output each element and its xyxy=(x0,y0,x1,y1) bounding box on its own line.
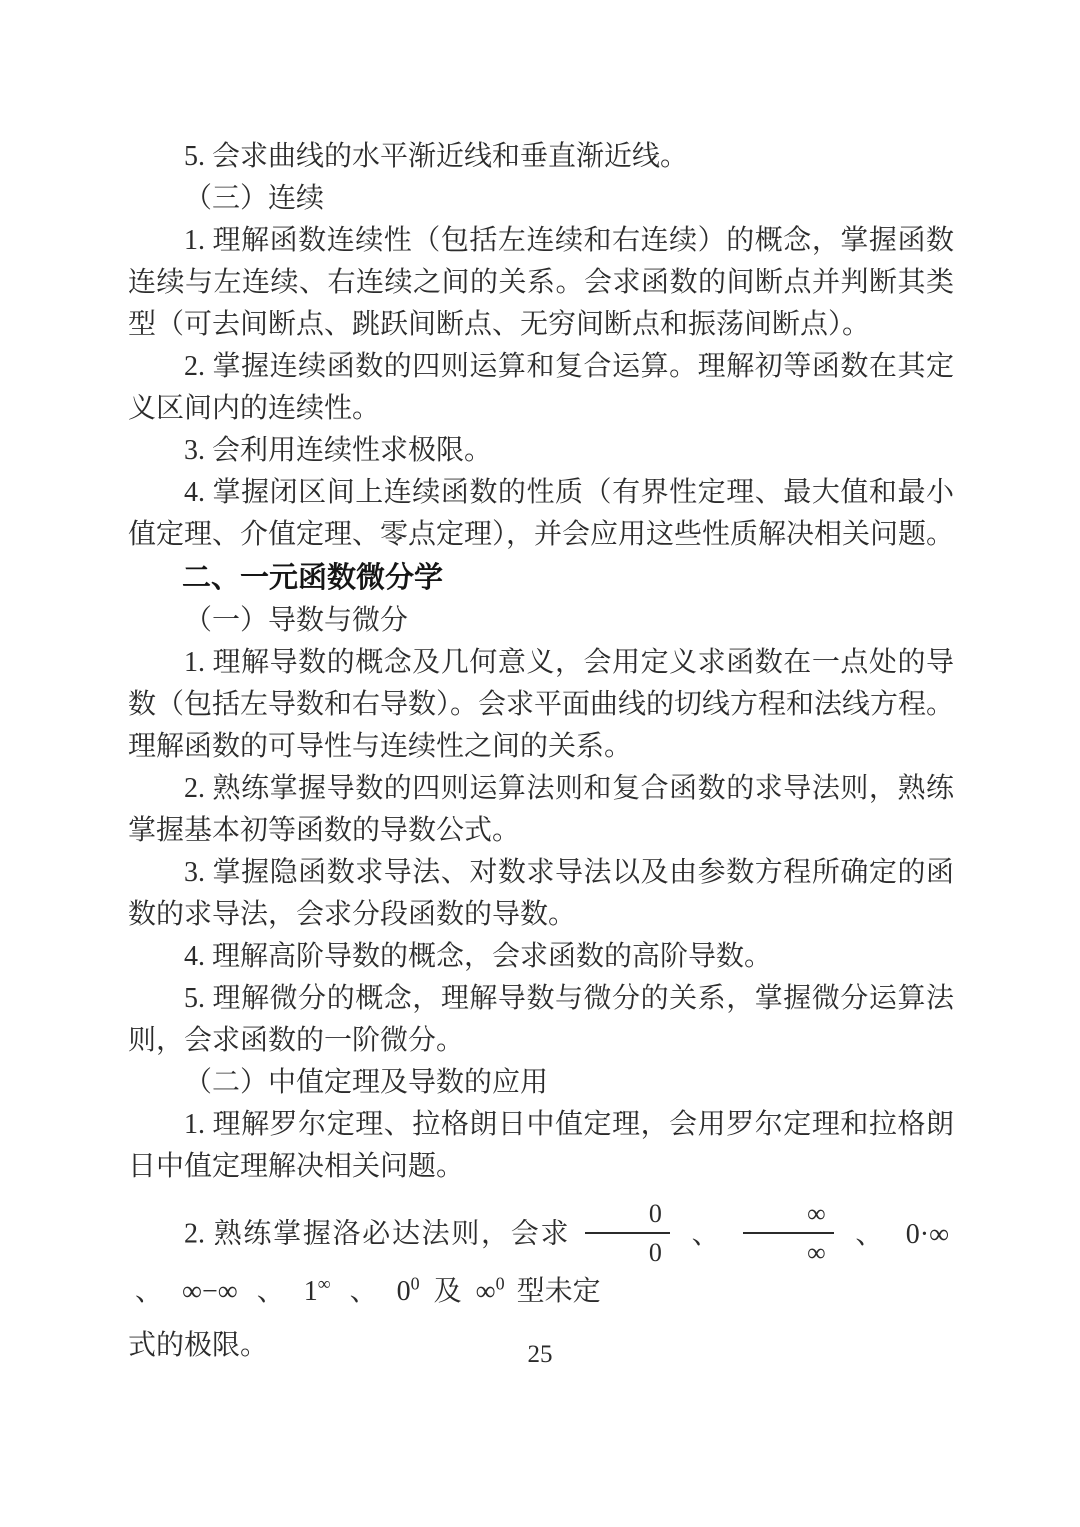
enumeration-separator: 、 xyxy=(855,1219,885,1250)
fraction-numerator: ∞ xyxy=(743,1199,834,1232)
enumeration-separator: 、 xyxy=(135,1276,163,1307)
term-one-power-inf: 1∞ xyxy=(304,1276,331,1307)
paragraph-continuity-concept: 1. 理解函数连续性（包括左连续和右连续）的概念，掌握函数连续与左连续、右连续之… xyxy=(128,220,954,346)
paragraph-differential-concept: 5. 理解微分的概念，理解导数与微分的关系，掌握微分运算法则，会求函数的一阶微分… xyxy=(128,978,954,1062)
term-base: 1 xyxy=(304,1276,318,1307)
enumeration-separator: 、 xyxy=(692,1219,722,1250)
section-heading-continuity: （三）连续 xyxy=(128,178,954,220)
term-exponent: 0 xyxy=(496,1273,505,1293)
fraction-zero-over-zero: 0 0 xyxy=(585,1199,670,1268)
paragraph-implicit-derivative: 3. 掌握隐函数求导法、对数求导法以及由参数方程所确定的函数的求导法，会求分段函… xyxy=(128,852,954,936)
paragraph-closed-interval-theorems: 4. 掌握闭区间上连续函数的性质（有界性定理、最大值和最小值定理、介值定理、零点… xyxy=(128,472,954,556)
paragraph-lhopital-formula: 2. 熟练掌握洛必达法则，会求 0 0 、 ∞ ∞ 、 0·∞ 、 ∞−∞ 、 … xyxy=(128,1202,954,1313)
paragraph-continuity-limits: 3. 会利用连续性求极限。 xyxy=(128,430,954,472)
fraction-numerator: 0 xyxy=(585,1199,670,1232)
paragraph-derivative-rules: 2. 熟练掌握导数的四则运算法则和复合函数的求导法则，熟练掌握基本初等函数的导数… xyxy=(128,768,954,852)
paragraph-rolle-lagrange: 1. 理解罗尔定理、拉格朗日中值定理，会用罗尔定理和拉格朗日中值定理解决相关问题… xyxy=(128,1104,954,1188)
fraction-denominator: ∞ xyxy=(743,1232,834,1267)
term-exponent: ∞ xyxy=(318,1273,331,1293)
paragraph-asymptotes: 5. 会求曲线的水平渐近线和垂直渐近线。 xyxy=(128,136,954,178)
fraction-inf-over-inf: ∞ ∞ xyxy=(743,1199,834,1268)
chapter-heading: 二、一元函数微分学 xyxy=(128,556,954,600)
enumeration-separator: 、 xyxy=(350,1276,378,1307)
formula-lead-text: 2. 熟练掌握洛必达法则，会求 xyxy=(184,1219,570,1250)
term-zero-times-inf: 0·∞ xyxy=(906,1219,949,1250)
conjunction-text: 及 xyxy=(434,1276,462,1307)
page-content: 5. 会求曲线的水平渐近线和垂直渐近线。 （三）连续 1. 理解函数连续性（包括… xyxy=(128,136,954,1367)
term-base: 0 xyxy=(397,1276,411,1307)
term-base: ∞ xyxy=(476,1276,496,1307)
term-zero-power-zero: 00 xyxy=(397,1276,420,1307)
page-number: 25 xyxy=(0,1341,1080,1369)
document-page: 5. 会求曲线的水平渐近线和垂直渐近线。 （三）连续 1. 理解函数连续性（包括… xyxy=(0,0,1080,1527)
enumeration-separator: 、 xyxy=(257,1276,285,1307)
fraction-denominator: 0 xyxy=(585,1232,670,1267)
section-heading-derivative-differential: （一）导数与微分 xyxy=(128,600,954,642)
formula-tail-text: 型未定 xyxy=(517,1276,601,1307)
paragraph-continuity-operations: 2. 掌握连续函数的四则运算和复合运算。理解初等函数在其定义区间内的连续性。 xyxy=(128,346,954,430)
paragraph-derivative-concept: 1. 理解导数的概念及几何意义，会用定义求函数在一点处的导数（包括左导数和右导数… xyxy=(128,642,954,768)
term-inf-minus-inf: ∞−∞ xyxy=(182,1276,238,1307)
term-exponent: 0 xyxy=(411,1273,420,1293)
paragraph-higher-derivative: 4. 理解高阶导数的概念，会求函数的高阶导数。 xyxy=(128,936,954,978)
term-inf-power-zero: ∞0 xyxy=(476,1276,505,1307)
section-heading-mean-value: （二）中值定理及导数的应用 xyxy=(128,1062,954,1104)
